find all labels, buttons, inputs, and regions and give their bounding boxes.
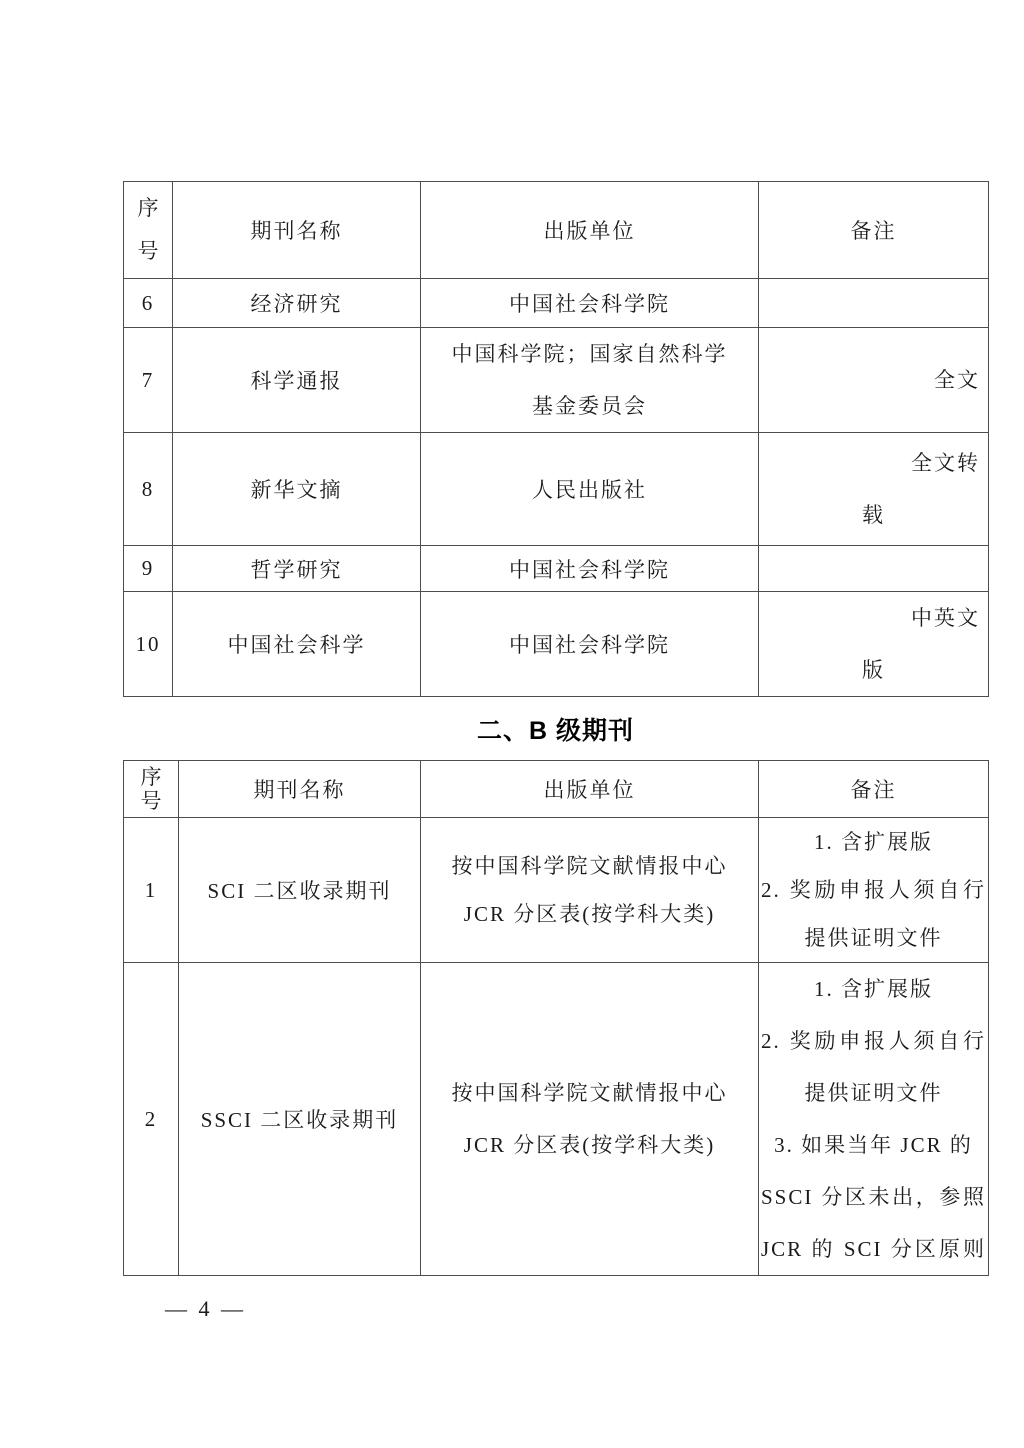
publisher-cell: 按中国科学院文献情报中心JCR 分区表(按学科大类)	[421, 818, 759, 963]
journal-name-cell: SCI 二区收录期刊	[179, 818, 421, 963]
col-header-remark: 备注	[759, 761, 989, 818]
remark-cell	[759, 279, 989, 328]
row-index-cell: 1	[124, 818, 179, 963]
table-row: 7科学通报中国科学院；国家自然科学基金委员会全文	[124, 328, 989, 433]
col-header-publisher: 出版单位	[421, 761, 759, 818]
journal-name-cell: 新华文摘	[173, 433, 421, 546]
text-line: 中英文	[759, 592, 988, 644]
row-index-cell: 8	[124, 433, 173, 546]
publisher-cell: 中国社会科学院	[421, 592, 759, 697]
remark-cell: 全文	[759, 328, 989, 433]
col-header-publisher: 出版单位	[421, 182, 759, 279]
text-line: JCR 分区表(按学科大类)	[421, 1119, 758, 1171]
text-line: 2. 奖励申报人须自行	[759, 1015, 988, 1067]
b-level-table-body: 1SCI 二区收录期刊按中国科学院文献情报中心JCR 分区表(按学科大类)1. …	[124, 818, 989, 1276]
text-line: 基金委员会	[421, 380, 758, 432]
remark-cell: 中英文版	[759, 592, 989, 697]
text-line: 2. 奖励申报人须自行	[759, 866, 988, 914]
col-header-journal-name: 期刊名称	[173, 182, 421, 279]
b-level-journal-table: 序号 期刊名称 出版单位 备注 1SCI 二区收录期刊按中国科学院文献情报中心J…	[123, 760, 989, 1276]
row-index-cell: 9	[124, 546, 173, 592]
col-header-journal-name: 期刊名称	[179, 761, 421, 818]
table-row: 10中国社会科学中国社会科学院中英文版	[124, 592, 989, 697]
text-line: SSCI 分区未出，参照	[759, 1171, 988, 1223]
page-number: — 4 —	[165, 1294, 1024, 1324]
remark-cell	[759, 546, 989, 592]
text-line: 全文	[759, 354, 988, 406]
text-line: 全文转	[759, 437, 988, 489]
row-index-cell: 2	[124, 963, 179, 1276]
text-line: JCR 分区表(按学科大类)	[421, 890, 758, 938]
a-level-journal-table: 序号 期刊名称 出版单位 备注 6经济研究中国社会科学院7科学通报中国科学院；国…	[123, 181, 989, 697]
text-line: 版	[759, 644, 988, 696]
text-line: 中国科学院；国家自然科学	[421, 328, 758, 380]
col-header-index-label: 序号	[139, 765, 163, 813]
remark-cell: 1. 含扩展版2. 奖励申报人须自行提供证明文件3. 如果当年 JCR 的SSC…	[759, 963, 989, 1276]
journal-name-cell: 科学通报	[173, 328, 421, 433]
journal-name-cell: 经济研究	[173, 279, 421, 328]
text-line: 载	[759, 489, 988, 541]
journal-name-cell: 中国社会科学	[173, 592, 421, 697]
publisher-cell: 按中国科学院文献情报中心JCR 分区表(按学科大类)	[421, 963, 759, 1276]
col-header-index-label: 序号	[136, 187, 160, 273]
publisher-cell: 中国社会科学院	[421, 546, 759, 592]
remark-cell: 1. 含扩展版2. 奖励申报人须自行提供证明文件	[759, 818, 989, 963]
remark-cell: 全文转载	[759, 433, 989, 546]
col-header-index: 序号	[124, 182, 173, 279]
table-row: 6经济研究中国社会科学院	[124, 279, 989, 328]
journal-name-cell: 哲学研究	[173, 546, 421, 592]
col-header-index: 序号	[124, 761, 179, 818]
publisher-cell: 中国科学院；国家自然科学基金委员会	[421, 328, 759, 433]
table-header-row: 序号 期刊名称 出版单位 备注	[124, 761, 989, 818]
text-line: 1. 含扩展版	[759, 963, 988, 1015]
text-line: 1. 含扩展版	[759, 818, 988, 866]
table-row: 2SSCI 二区收录期刊按中国科学院文献情报中心JCR 分区表(按学科大类)1.…	[124, 963, 989, 1276]
text-line: 按中国科学院文献情报中心	[421, 842, 758, 890]
row-index-cell: 6	[124, 279, 173, 328]
table-row: 9哲学研究中国社会科学院	[124, 546, 989, 592]
row-index-cell: 10	[124, 592, 173, 697]
a-level-table-body: 6经济研究中国社会科学院7科学通报中国科学院；国家自然科学基金委员会全文8新华文…	[124, 279, 989, 697]
col-header-remark: 备注	[759, 182, 989, 279]
text-line: 提供证明文件	[759, 914, 988, 962]
document-page: 序号 期刊名称 出版单位 备注 6经济研究中国社会科学院7科学通报中国科学院；国…	[0, 0, 1024, 1448]
text-line: 提供证明文件	[759, 1067, 988, 1119]
table-row: 1SCI 二区收录期刊按中国科学院文献情报中心JCR 分区表(按学科大类)1. …	[124, 818, 989, 963]
publisher-cell: 中国社会科学院	[421, 279, 759, 328]
row-index-cell: 7	[124, 328, 173, 433]
section-heading: 二、B 级期刊	[123, 713, 988, 749]
text-line: JCR 的 SCI 分区原则	[759, 1223, 988, 1275]
text-line: 3. 如果当年 JCR 的	[759, 1119, 988, 1171]
publisher-cell: 人民出版社	[421, 433, 759, 546]
journal-name-cell: SSCI 二区收录期刊	[179, 963, 421, 1276]
table-header-row: 序号 期刊名称 出版单位 备注	[124, 182, 989, 279]
table-row: 8新华文摘人民出版社全文转载	[124, 433, 989, 546]
text-line: 按中国科学院文献情报中心	[421, 1067, 758, 1119]
